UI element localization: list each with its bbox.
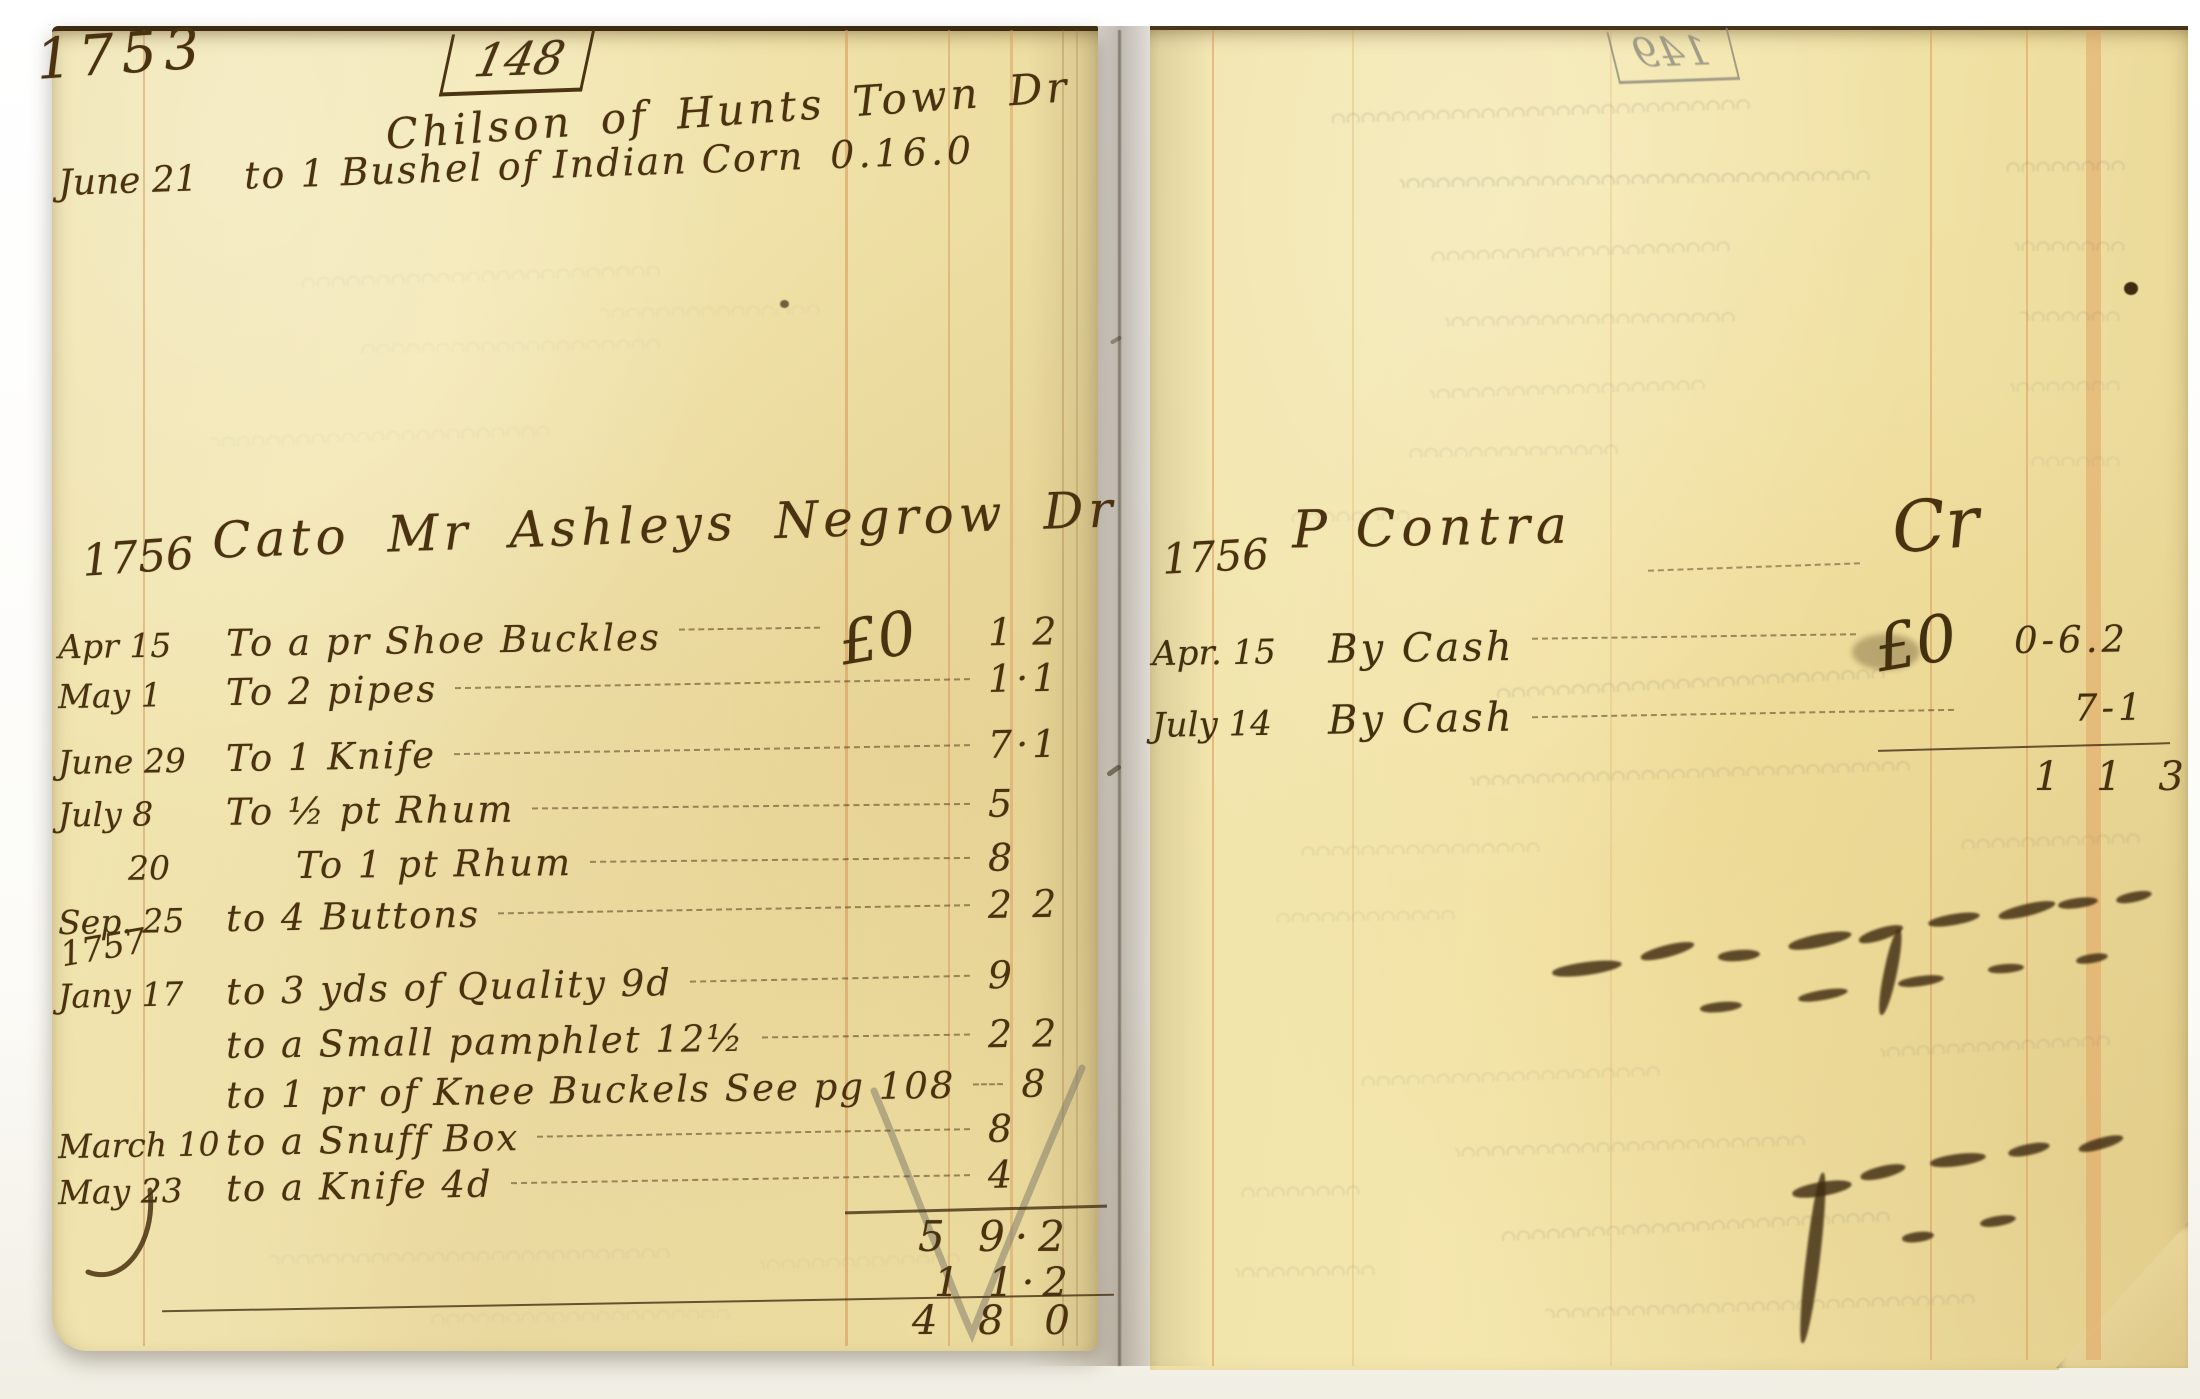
binding-stitch (1110, 335, 1122, 344)
entry-date: Apr. 15 (1152, 632, 1329, 674)
account-year-1756: 1756 (80, 528, 195, 587)
ledger-scan: 1753 148 Chilson of Hunts Town Dr June 2… (0, 0, 2200, 1399)
balance-value: 4 8 0 (912, 1298, 1084, 1344)
page-number-148: 148 (439, 30, 595, 97)
entry-description: To 1 pt Rhum (296, 841, 572, 887)
entry-description: to a Knife 4d (226, 1163, 493, 1211)
entry-date: Apr 15 (58, 625, 227, 666)
contra-total-value: 1 1 3 (2034, 754, 2196, 800)
entry-amount: 1 2 (988, 609, 1101, 655)
entry-description: To a pr Shoe Buckles (226, 616, 661, 665)
subtotal-value: 5 9·2 (918, 1212, 1075, 1261)
leader-dashes (762, 1034, 970, 1039)
ink-speck (2124, 282, 2138, 295)
entry-description: To 1 Knife (226, 733, 437, 780)
entry-description: to a Snuff Box (226, 1116, 520, 1164)
leader-dashes (590, 857, 970, 863)
entry-amount: 9 (987, 951, 1100, 997)
entry-description: By Cash (1328, 624, 1515, 673)
leader-dashes (679, 627, 820, 631)
entry-description: To ½ pt Rhum (226, 788, 515, 834)
contra-year-1756: 1756 (1161, 529, 1270, 584)
binding-crease-line (1118, 30, 1121, 1366)
entry-amount: 8 (988, 835, 1100, 880)
entry-description: to 4 Buttons (226, 893, 481, 940)
year-heading-1753: 1753 (34, 16, 209, 93)
ledger-row: Apr. 15 By Cash £0 0-6.2 (1152, 593, 2165, 681)
entry-amount: 4 (988, 1151, 1101, 1197)
handwriting-flourish (72, 1186, 202, 1306)
entry-date: June 29 (58, 740, 227, 782)
contra-title: P Contra (1291, 496, 1573, 561)
leader-dashes (537, 1128, 970, 1138)
binding-stitch (1106, 764, 1122, 777)
entry-amount: 7·1 (988, 721, 1101, 767)
entry-amount: 1·1 (988, 655, 1101, 701)
entry-date: 20 (58, 847, 296, 888)
entry-amount: 7-1 (2074, 685, 2165, 730)
entry-amount: 8 (1021, 1060, 1134, 1106)
entry-date: March 10 (58, 1124, 227, 1166)
ink-speck (780, 300, 789, 308)
leader-dashes (690, 975, 970, 983)
page-number-149-bleedthrough: 149 (1606, 28, 1740, 84)
entry-description: To 2 pipes (226, 667, 438, 714)
entry-amount: 8 (988, 1105, 1101, 1151)
leader-dashes (532, 803, 970, 810)
entry-description: to a Small pamphlet 12½ (226, 1017, 745, 1067)
leader-dashes (511, 1174, 970, 1184)
entry-amount: 0-6.2 (2014, 617, 2165, 662)
entry-date: July 8 (58, 794, 226, 835)
entry-date (58, 1108, 226, 1110)
entry-date: June 21 (58, 157, 227, 204)
leader-dashes (455, 678, 970, 689)
leader-dashes (498, 904, 970, 914)
leader-dashes (973, 1083, 1003, 1085)
leader-dashes (1532, 633, 1856, 640)
entry-date (58, 1058, 226, 1060)
entry-amount: 0.16.0 (829, 128, 975, 177)
leader-dashes (454, 744, 970, 755)
credit-mark: Cr (1889, 480, 1983, 569)
entry-date: July 14 (1152, 703, 1329, 746)
leader-dashes (1532, 709, 1954, 718)
entry-date: May 1 (58, 674, 227, 716)
entry-amount: 5 (988, 781, 1100, 826)
entry-description: By Cash (1328, 695, 1515, 744)
entry-date: Jany 17 (58, 973, 227, 1016)
entry-amount: 2 2 (988, 881, 1101, 927)
entry-amount: 2 2 (988, 1011, 1101, 1057)
